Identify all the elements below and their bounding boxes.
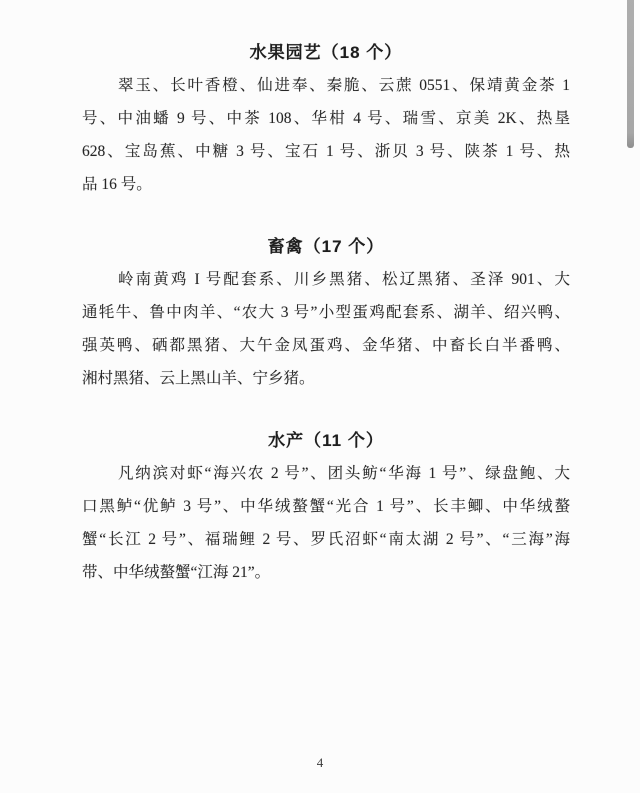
document-page: 水果园艺（18 个） 翠玉、长叶香橙、仙进奉、秦脆、云蔗 0551、保靖黄金茶 …	[0, 0, 640, 793]
text-line: 口黑鲈“优鲈 3 号”、中华绒螯蟹“光合 1 号”、长丰鲫、中华绒螯	[82, 490, 570, 523]
document-content: 水果园艺（18 个） 翠玉、长叶香橙、仙进奉、秦脆、云蔗 0551、保靖黄金茶 …	[82, 36, 570, 589]
text-line: 凡纳滨对虾“海兴农 2 号”、团头鲂“华海 1 号”、绿盘鲍、大	[82, 457, 570, 490]
section-title: 畜禽（17 个）	[82, 230, 570, 263]
text-line: 品 16 号。	[82, 168, 570, 201]
text-line: 628、宝岛蕉、中糖 3 号、宝石 1 号、浙贝 3 号、陕茶 1 号、热	[82, 135, 570, 168]
text-line: 翠玉、长叶香橙、仙进奉、秦脆、云蔗 0551、保靖黄金茶 1	[82, 69, 570, 102]
scrollbar-thumb[interactable]	[627, 0, 634, 148]
text-line: 号、中油蟠 9 号、中茶 108、华柑 4 号、瑞雪、京美 2K、热垦	[82, 102, 570, 135]
text-line: 蟹“长江 2 号”、福瑞鲤 2 号、罗氏沼虾“南太湖 2 号”、“三海”海	[82, 523, 570, 556]
text-line: 强英鸭、硒都黑猪、大午金凤蛋鸡、金华猪、中畜长白半番鸭、	[82, 329, 570, 362]
document-section: 水产（11 个） 凡纳滨对虾“海兴农 2 号”、团头鲂“华海 1 号”、绿盘鲍、…	[82, 424, 570, 589]
section-body: 凡纳滨对虾“海兴农 2 号”、团头鲂“华海 1 号”、绿盘鲍、大口黑鲈“优鲈 3…	[82, 457, 570, 589]
document-section: 畜禽（17 个） 岭南黄鸡 I 号配套系、川乡黑猪、松辽黑猪、圣泽 901、大通…	[82, 230, 570, 395]
text-line: 带、中华绒螯蟹“江海 21”。	[82, 556, 570, 589]
page-number: 4	[0, 753, 640, 773]
document-section: 水果园艺（18 个） 翠玉、长叶香橙、仙进奉、秦脆、云蔗 0551、保靖黄金茶 …	[82, 36, 570, 201]
section-body: 翠玉、长叶香橙、仙进奉、秦脆、云蔗 0551、保靖黄金茶 1号、中油蟠 9 号、…	[82, 69, 570, 201]
section-title: 水果园艺（18 个）	[82, 36, 570, 69]
section-title: 水产（11 个）	[82, 424, 570, 457]
section-body: 岭南黄鸡 I 号配套系、川乡黑猪、松辽黑猪、圣泽 901、大通牦牛、鲁中肉羊、“…	[82, 263, 570, 395]
text-line: 岭南黄鸡 I 号配套系、川乡黑猪、松辽黑猪、圣泽 901、大	[82, 263, 570, 296]
text-line: 湘村黑猪、云上黑山羊、宁乡猪。	[82, 362, 570, 395]
text-line: 通牦牛、鲁中肉羊、“农大 3 号”小型蛋鸡配套系、湖羊、绍兴鸭、	[82, 296, 570, 329]
